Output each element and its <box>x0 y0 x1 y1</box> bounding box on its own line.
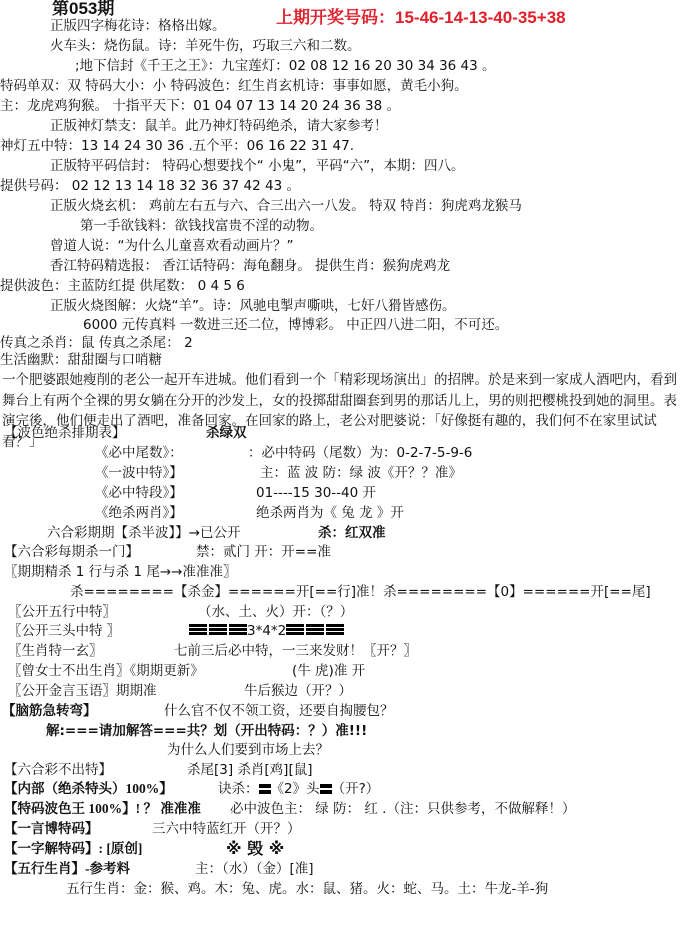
wave-row-label: 《必中特段》】 <box>95 484 183 502</box>
last-draw-numbers: 15-46-14-13-40-35+38 <box>395 8 566 27</box>
line-fax-material: 6000 元传真料 一数进三还二位，博博彩。 中正四八进二阳，不可还。 <box>83 316 508 334</box>
internal-mid: 《2》头 <box>271 781 320 797</box>
riddle-question: 什么官不仅不领工资，还要自掏腰包？ <box>164 702 394 720</box>
kill-detail: 杀========【杀金】======开[==行]准！杀========【0】=… <box>70 583 651 601</box>
one-char-value: ※ 毁 ※ <box>226 840 284 858</box>
kill-door-value: 禁：贰门 开：开==准 <box>196 543 331 561</box>
internal-label: 【内部（绝杀特头）100%】 <box>4 780 173 798</box>
line-fire-mystery: 正版火烧玄机： 鸡前左右五与六、合三出六一八发。 特双 特肖：狗虎鸡龙猴马 <box>50 197 522 215</box>
last-draw-label: 上期开奖号码： <box>276 8 395 27</box>
line-humor-title: 生活幽默：甜甜圈与口哨糖 <box>0 351 162 369</box>
no-special-value: 杀尾[3] 杀肖[鸡][鼠] <box>187 761 312 779</box>
wave-king-value: 必中波色主： 绿 防： 红 .（注：只供参考，不做解释！） <box>230 800 575 818</box>
bar-decoration-icon <box>259 784 271 794</box>
bar-decoration-icon <box>286 624 344 635</box>
wave-row-label: 《一波中特》】 <box>95 464 183 482</box>
line-first-hand: 第一手欲钱料：欲钱找富贵不淫的动物。 <box>80 217 323 235</box>
kill-row-tail: 〖期期精杀 1 行与杀 1 尾→→准准准〗 <box>4 563 236 581</box>
wuxing-label: 【五行生肖】-参考料 <box>4 860 130 878</box>
line-meihua-poem: 正版四字梅花诗：格格出嫁。 <box>50 17 226 35</box>
line-lamp-five: 神灯五中特：13 14 24 30 36 .五个平：06 16 22 31 47… <box>0 137 354 155</box>
wave-row-value: ：必中特码（尾数）为：0-2-7-5-9-6 <box>248 444 472 462</box>
line-provided-numbers: 提供号码： 02 12 13 14 18 32 36 37 42 43 。 <box>0 177 300 195</box>
line-lamp-ban: 正版神灯禁支：鼠羊。此乃神灯特码绝杀，请大家参考！ <box>50 117 388 135</box>
five-elements-value: （水、土、火）开：（？） <box>198 603 353 621</box>
bar-decoration-icon <box>320 784 332 794</box>
line-train-head: 火车头：烧伤鼠。诗：羊死牛伤，巧取三六和二数。 <box>50 37 361 55</box>
wave-row-label: 《绝杀两肖》】 <box>95 504 183 522</box>
line-xiangjiang: 香江特码精选报： 香江话特码：海龟翻身。 提供生肖：猴狗虎鸡龙 <box>50 257 450 275</box>
riddle-label: 【脑筋急转弯】 <box>2 702 97 720</box>
wave-row-label: 《必中尾数》： <box>95 444 183 462</box>
three-heads-value: 3*4*2 <box>189 622 344 640</box>
five-elements-label: 〖公开五行中特〗 <box>8 603 116 621</box>
wuxing-list: 五行生肖：金：猴、鸡。木：兔、虎。水：鼠、猪。火：蛇、马。土：牛龙-羊-狗 <box>66 880 548 898</box>
line-underground-envelope: ;地下信封《千王之王》：九宝莲灯：02 08 12 16 20 30 34 36… <box>75 57 496 75</box>
line-provided-wave: 提供波色：主蓝防红提 供尾数： 0 4 5 6 <box>0 277 245 295</box>
line-special-odd-even: 特码单双：双 特码大小：小 特码波色：红生肖玄机诗：事事如愿，黄毛小狗。 <box>0 77 468 95</box>
riddle-answer: 解:===请加解答===共？划（开出特码：？）准!!! <box>46 722 367 740</box>
internal-prefix: 诀杀： <box>218 781 259 797</box>
line-tsang-says: 曾道人说：“为什么儿童喜欢看动画片？” <box>50 237 294 255</box>
three-heads-label: 〖公开三头中特 〗 <box>8 622 120 640</box>
half-wave-label: 六合彩期期【杀半波】】→已公开 <box>47 524 241 542</box>
golden-words-label: 〖公开金言玉语〗期期准 <box>8 682 157 700</box>
no-special-label: 【六合彩不出特】 <box>4 761 112 779</box>
issue-title: 第053期 <box>52 0 114 18</box>
last-draw-banner: 上期开奖号码：15-46-14-13-40-35+38 <box>276 9 566 27</box>
wave-row-value: 主：蓝 波 防：绿 波《开？？准》 <box>260 464 462 482</box>
ms-tsang-label: 〖曾女士不出生肖〗《期期更新》 <box>8 662 204 680</box>
golden-words-value: 牛后猴边（开？） <box>244 682 352 700</box>
line-fire-illustration: 正版火烧图解：火烧“羊”。诗：风驰电掣声嘶哄，七奸八猾皆感伤。 <box>50 297 456 315</box>
half-wave-kill: 杀：红双准 <box>318 524 386 542</box>
zodiac-mystery-value: 七前三后必中特，一三来发财！〖开？〗 <box>174 642 417 660</box>
internal-value: 诀杀：《2》头（开?） <box>218 780 379 798</box>
wave-king-label: 【特码波色王 100%】! ？ 准准准 <box>4 800 201 818</box>
wave-row-value: 01----15 30--40 开 <box>256 484 376 502</box>
wuxing-value: 主：（水）（金）[准] <box>195 860 314 878</box>
one-char-label: 【一字解特码】: [原创] <box>4 840 142 858</box>
wave-row-value: 绝杀两肖为《 兔 龙 》开 <box>256 504 404 522</box>
line-special-envelope: 正版特平码信封： 特码心想要找个“ 小鬼”，平码“六”，本期：四八。 <box>50 157 465 175</box>
wave-table-kill: 杀绿双 <box>206 424 247 442</box>
three-heads-numbers: 3*4*2 <box>247 623 286 639</box>
internal-suffix: （开?） <box>332 781 380 797</box>
riddle-second: 为什么人们要到市场上去？ <box>167 741 329 759</box>
one-word-label: 【一言博特码】 <box>4 820 99 838</box>
kill-door-label: 【六合彩每期杀一门】 <box>4 543 139 561</box>
line-fax-kill: 传真之杀肖：鼠 传真之杀尾： 2 <box>0 334 193 352</box>
wave-table-title: 【波色绝杀排期表】 <box>4 424 126 442</box>
bar-decoration-icon <box>189 624 247 635</box>
ms-tsang-value: (牛 虎)准 开 <box>292 662 365 680</box>
line-main-zodiac: 主：龙虎鸡狗猴。 十指平天下：01 04 07 13 14 20 24 36 3… <box>0 97 400 115</box>
one-word-value: 三六中特蓝红开（开？） <box>152 820 301 838</box>
zodiac-mystery-label: 〖生肖特一玄〗 <box>8 642 103 660</box>
